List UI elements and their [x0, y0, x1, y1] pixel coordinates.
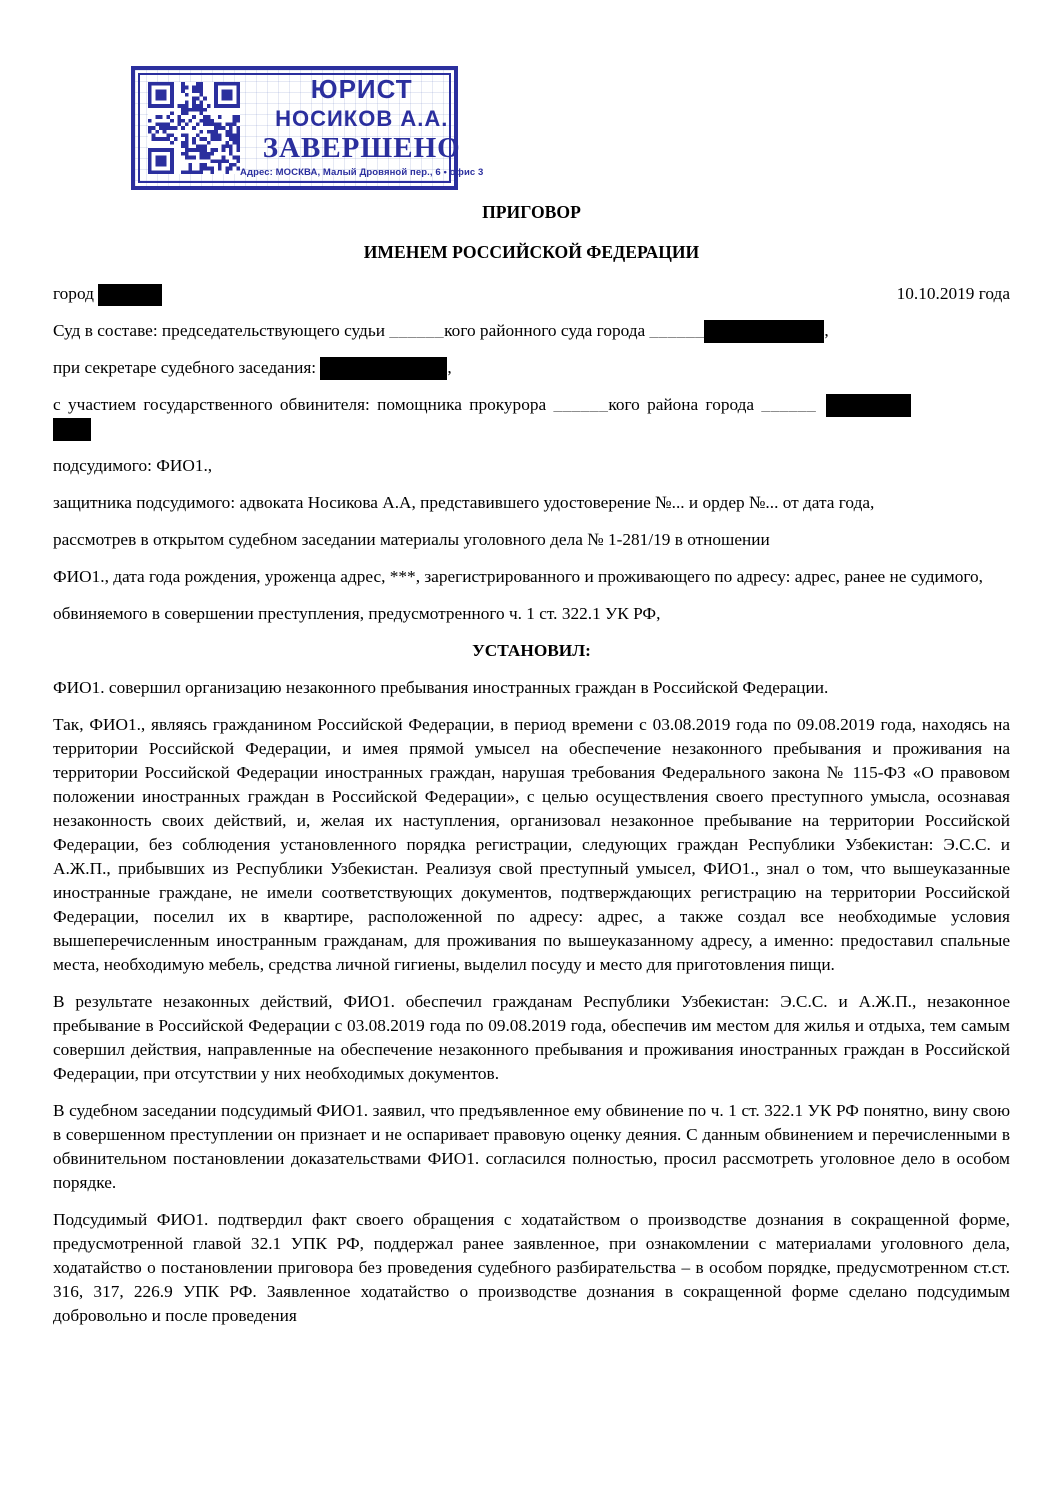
redaction-prosecutor: [826, 394, 911, 417]
accused-details: ФИО1., дата года рождения, уроженца адре…: [53, 565, 1010, 589]
redaction-secretary: [320, 357, 447, 380]
ustanovil-heading: УСТАНОВИЛ:: [53, 639, 1010, 663]
blank-line: ______: [389, 321, 444, 340]
redaction-judge-city: [704, 320, 824, 343]
redaction-city: [98, 284, 162, 306]
verdict-date: 10.10.2019 года: [897, 282, 1010, 306]
stamp-lawyer-name: НОСИКОВ А.А.: [275, 107, 448, 130]
paragraph-facts: Так, ФИО1., являясь гражданином Российск…: [53, 713, 1010, 977]
city-label: город: [53, 282, 162, 306]
lawyer-stamp: ЮРИСТ НОСИКОВ А.А. ЗАВЕРШЕНО Адрес: МОСК…: [131, 66, 458, 190]
defendant-line: подсудимого: ФИО1.,: [53, 454, 1010, 478]
court-composition-line: Суд в составе: председательствующего суд…: [53, 319, 1010, 343]
blank-line: ______: [650, 321, 705, 340]
document-title: ПРИГОВОР: [53, 200, 1010, 224]
stamp-text-block: ЮРИСТ НОСИКОВ А.А. ЗАВЕРШЕНО Адрес: МОСК…: [240, 76, 483, 180]
paragraph-summary: ФИО1. совершил организацию незаконного п…: [53, 676, 1010, 700]
prosecutor-line: с участием государственного обвинителя: …: [53, 393, 1010, 441]
paragraph-petition: Подсудимый ФИО1. подтвердил факт своего …: [53, 1208, 1010, 1328]
paragraph-court-session: В судебном заседании подсудимый ФИО1. за…: [53, 1099, 1010, 1195]
document-subtitle: ИМЕНЕМ РОССИЙСКОЙ ФЕДЕРАЦИИ: [53, 240, 1010, 264]
defender-line: защитника подсудимого: адвоката Носикова…: [53, 491, 1010, 515]
blank-line: ______: [553, 395, 608, 414]
city-date-line: город 10.10.2019 года: [53, 282, 1010, 306]
charge-line: обвиняемого в совершении преступления, п…: [53, 602, 1010, 626]
document-page: ЮРИСТ НОСИКОВ А.А. ЗАВЕРШЕНО Адрес: МОСК…: [0, 0, 1062, 1500]
stamp-profession: ЮРИСТ: [311, 76, 413, 104]
verdict-content: ПРИГОВОР ИМЕНЕМ РОССИЙСКОЙ ФЕДЕРАЦИИ гор…: [53, 200, 1010, 1341]
redaction-prosecutor-cont: [53, 418, 91, 441]
paragraph-result: В результате незаконных действий, ФИО1. …: [53, 990, 1010, 1086]
case-number-line: рассмотрев в открытом судебном заседании…: [53, 528, 1010, 552]
qr-code-icon: [148, 82, 240, 174]
blank-line: ______: [761, 395, 816, 414]
stamp-address: Адрес: МОСКВА, Малый Дровяной пер., 6 • …: [240, 168, 483, 178]
stamp-inner-frame: ЮРИСТ НОСИКОВ А.А. ЗАВЕРШЕНО Адрес: МОСК…: [138, 73, 451, 183]
secretary-line: при секретаре судебного заседания: ,: [53, 356, 1010, 380]
stamp-status: ЗАВЕРШЕНО: [263, 133, 461, 164]
